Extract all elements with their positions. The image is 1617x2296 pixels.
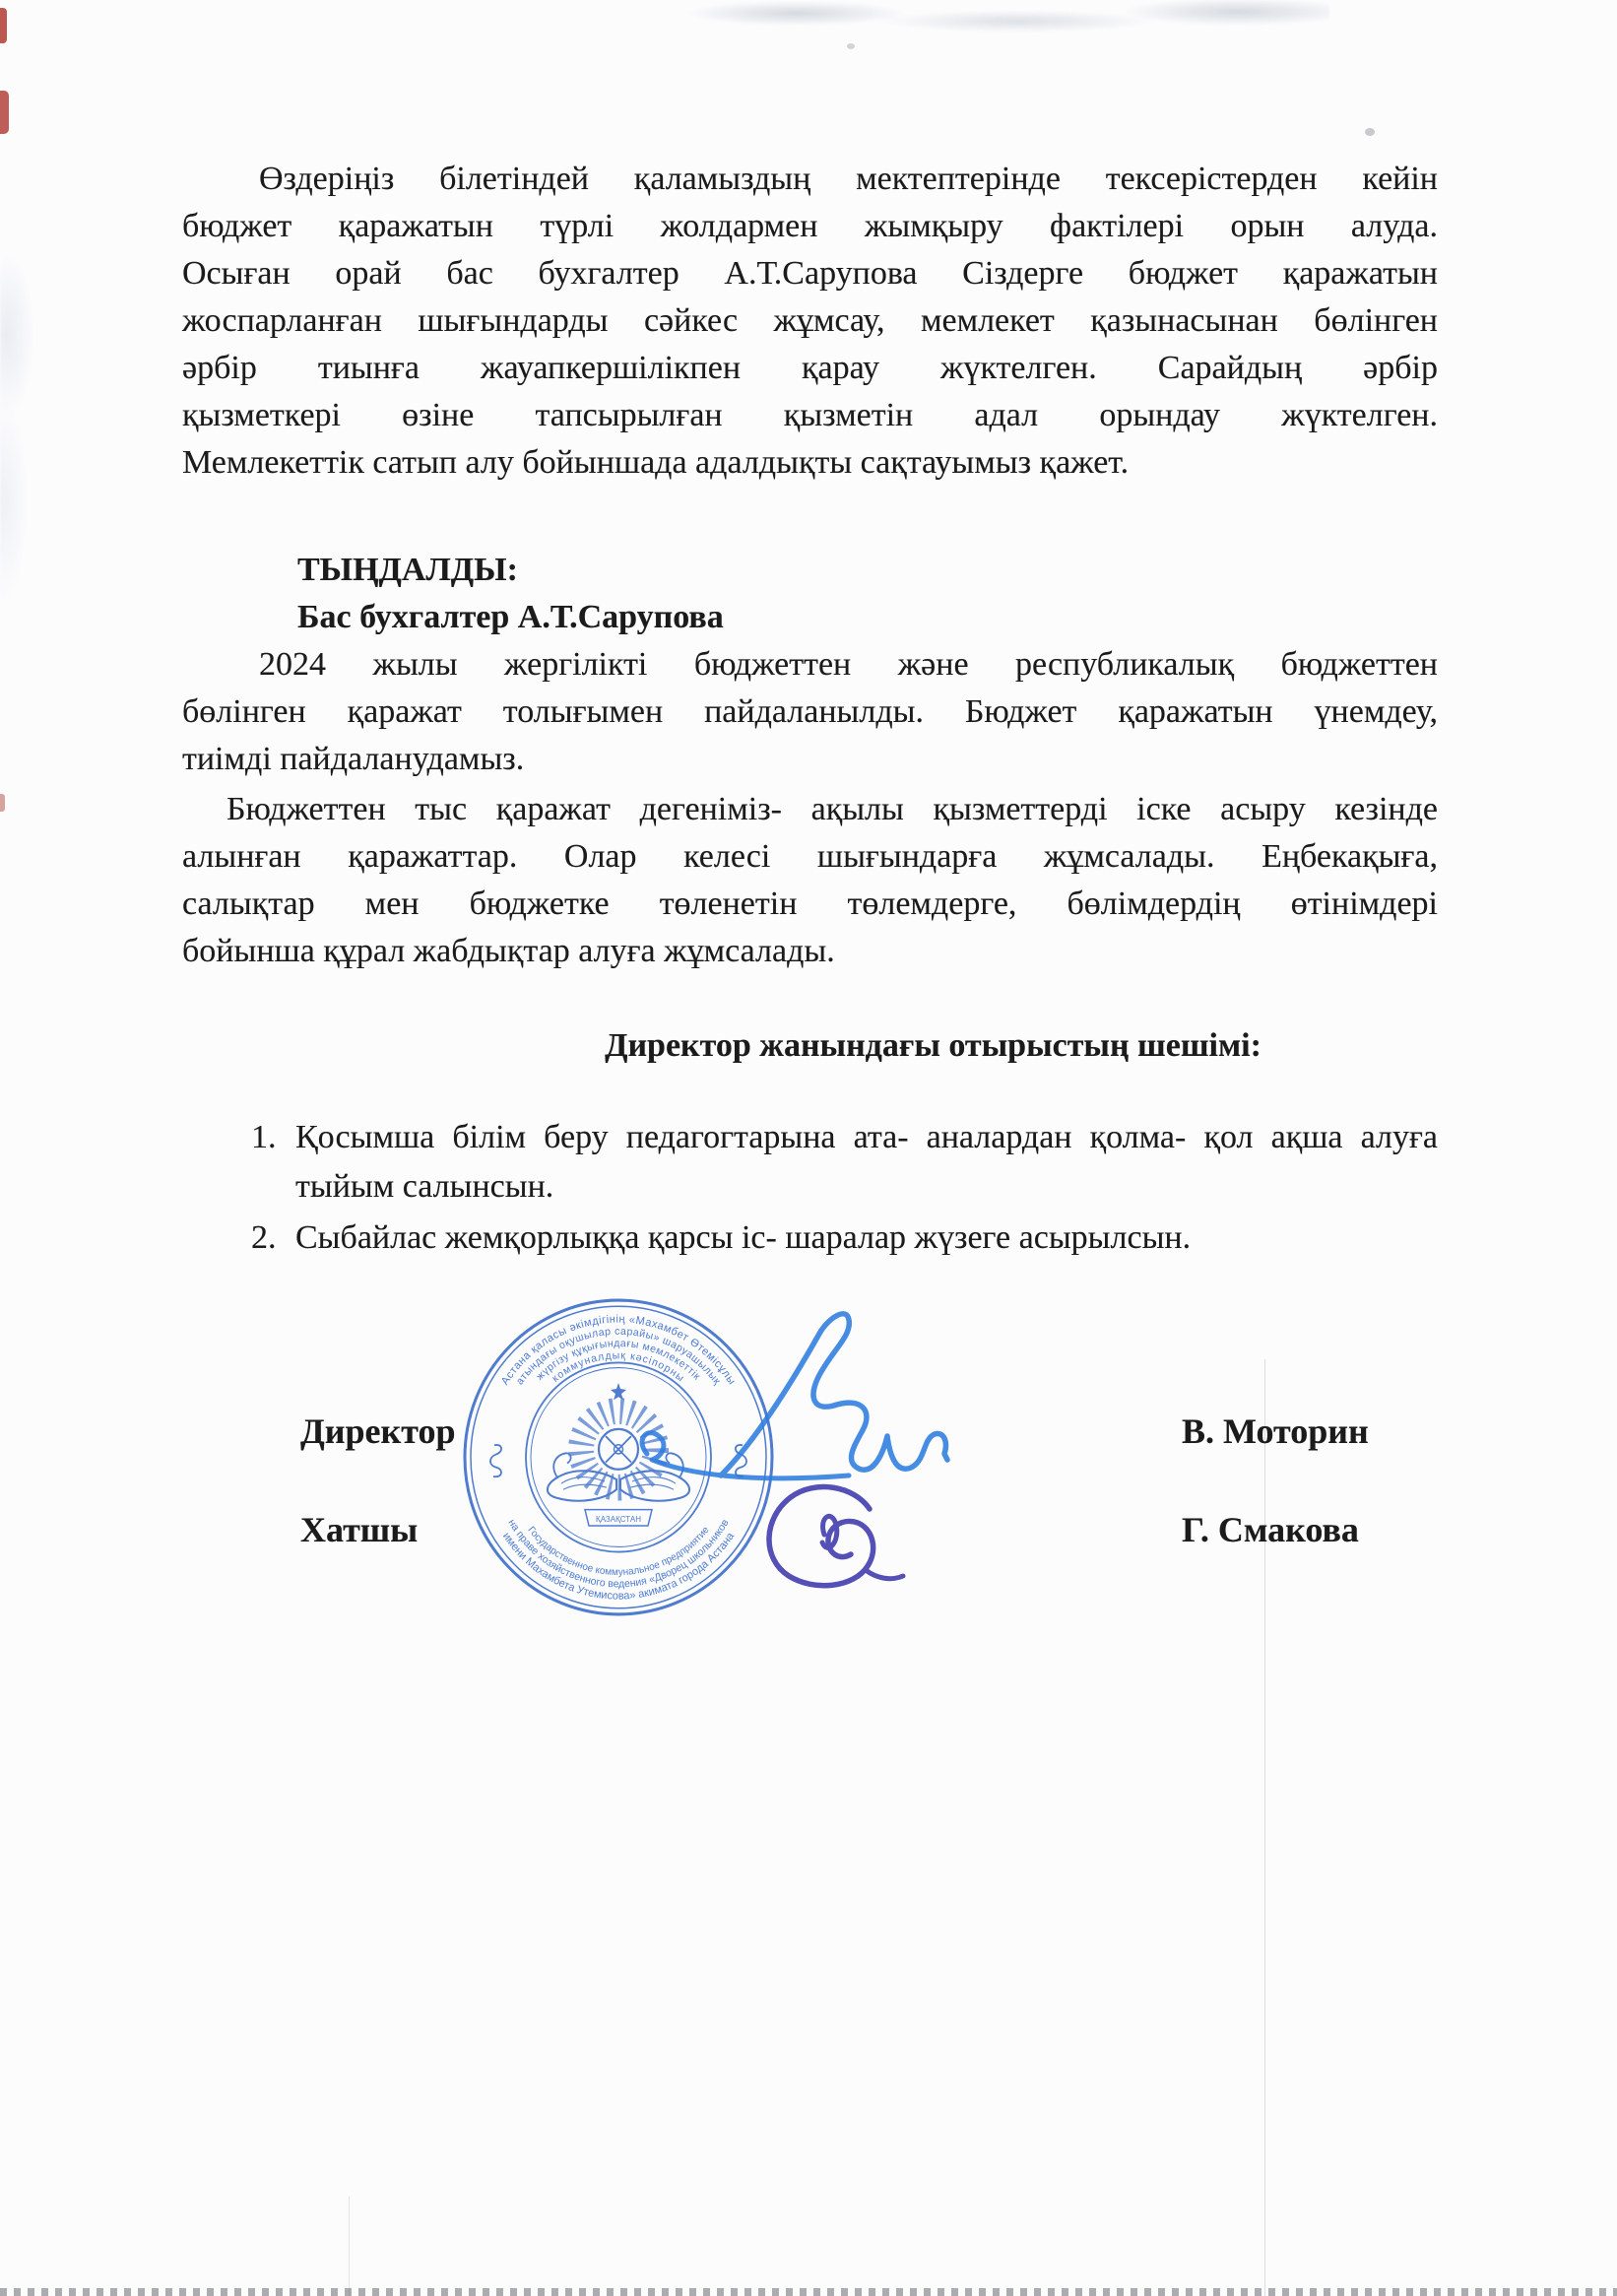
scan-smudge-left (0, 217, 73, 689)
signature-name-secretary: Г. Смакова (1182, 1506, 1359, 1553)
scan-fold-line (349, 2197, 350, 2296)
text-line: салықтар мен бюджетке төленетін төлемдер… (182, 881, 1438, 928)
text-line: әрбір тиынға жауапкершілікпен қарау жүкт… (182, 345, 1438, 392)
decision-item: 2. Сыбайлас жемқорлыққа қарсы іс- шарала… (182, 1214, 1438, 1263)
text-line: 2024 жылы жергілікті бюджеттен және респ… (182, 641, 1438, 689)
signature-role-director: Директор (300, 1408, 455, 1455)
scan-smudge-top (679, 0, 1329, 47)
text-line: Өздеріңіз білетіндей қаламыздың мектепте… (182, 156, 1438, 203)
text-line: Мемлекеттік сатып алу бойыншада адалдықт… (182, 439, 1438, 487)
scan-speck (847, 43, 855, 49)
paragraph-offbudget: Бюджеттен тыс қаражат дегеніміз- ақылы қ… (182, 786, 1438, 975)
signature-name-director: В. Моторин (1182, 1408, 1369, 1455)
text-line: Қосымша білім беру педагогтарына ата- ан… (295, 1113, 1438, 1162)
heard-speaker: Бас бухгалтер А.Т.Сарупова (182, 594, 1438, 641)
scan-edge-shadow (0, 2288, 1617, 2296)
text-line: бөлінген қаражат толығымен пайдаланылды.… (182, 689, 1438, 736)
decision-number: 1. (251, 1113, 277, 1162)
decision-heading: Директор жанындағы отырыстың шешімі: (182, 1022, 1438, 1070)
secretary-signature (753, 1477, 916, 1601)
scan-fold-line (1264, 1359, 1265, 2296)
decision-list: 1. Қосымша білім беру педагогтарына ата-… (182, 1113, 1438, 1263)
scan-red-mark (0, 794, 5, 812)
text-line: Сыбайлас жемқорлыққа қарсы іс- шаралар ж… (295, 1214, 1438, 1263)
heard-heading: ТЫҢДАЛДЫ: (182, 547, 1438, 594)
text-line: қызметкері өзіне тапсырылған қызметін ад… (182, 392, 1438, 439)
scanned-document-page: Өздеріңіз білетіндей қаламыздың мектепте… (0, 0, 1617, 2296)
stamp-ornament-icon (490, 1445, 501, 1476)
document-body: Өздеріңіз білетіндей қаламыздың мектепте… (182, 156, 1438, 1265)
text-line: тыйым салынсын. (295, 1162, 1438, 1212)
scan-red-mark (0, 91, 9, 134)
text-line: Осыған орай бас бухгалтер А.Т.Сарупова С… (182, 250, 1438, 297)
text-line: бойынша құрал жабдықтар алуға жұмсалады. (182, 928, 1438, 975)
paragraph-budget: 2024 жылы жергілікті бюджеттен және респ… (182, 641, 1438, 783)
text-line: бюджет қаражатын түрлі жолдармен жымқыру… (182, 203, 1438, 250)
text-line: Бюджеттен тыс қаражат дегеніміз- ақылы қ… (182, 786, 1438, 833)
decision-number: 2. (251, 1214, 277, 1263)
text-line: тиімді пайдаланудамыз. (182, 736, 1438, 783)
decision-item: 1. Қосымша білім беру педагогтарына ата-… (182, 1113, 1438, 1212)
signature-role-secretary: Хатшы (300, 1506, 418, 1553)
text-line: алынған қаражаттар. Олар келесі шығындар… (182, 833, 1438, 881)
scan-red-mark (0, 8, 7, 43)
paragraph-intro: Өздеріңіз білетіндей қаламыздың мектепте… (182, 156, 1438, 487)
scan-speck (1365, 128, 1375, 136)
text-line: жоспарланған шығындарды сәйкес жұмсау, м… (182, 297, 1438, 345)
